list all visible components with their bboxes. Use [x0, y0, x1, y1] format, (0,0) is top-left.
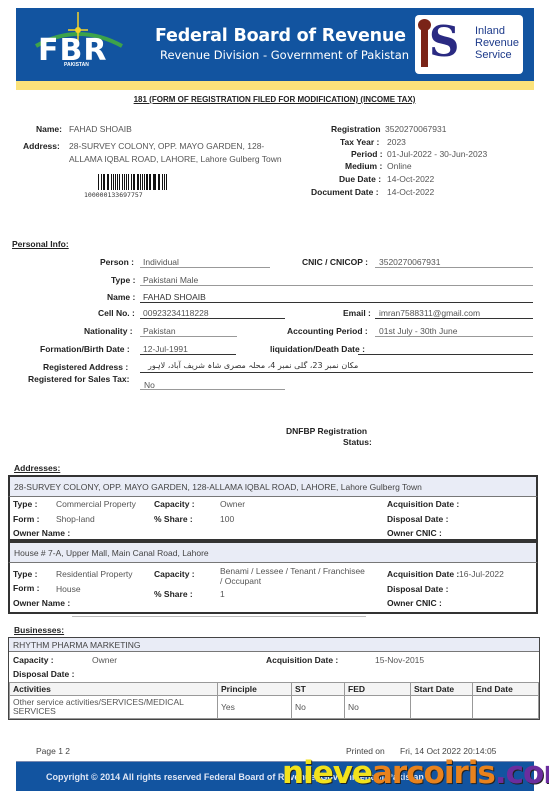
registered-address-value: مکان نمبر 23، گلی نمبر 4، محلہ مصری شاہ … — [148, 361, 358, 370]
type-value: Pakistani Male — [143, 275, 198, 285]
sales-tax-label: Registered for Sales Tax: — [28, 374, 129, 384]
business-disposal-label: Disposal Date : — [13, 669, 74, 679]
summary-address-label: Address: — [23, 141, 60, 151]
tax-year-label: Tax Year : — [340, 137, 379, 147]
addresses-title: Addresses: — [14, 463, 60, 473]
table-header: Principle — [218, 683, 292, 696]
irs-s-icon: S — [429, 21, 459, 63]
table-row: Other service activities/SERVICES/MEDICA… — [10, 696, 539, 719]
period-value: 01-Jul-2022 - 30-Jun-2023 — [387, 149, 487, 159]
registration-label: Registration — [331, 124, 381, 134]
barcode — [98, 174, 168, 190]
address-header-1: 28-SURVEY COLONY, OPP. MAYO GARDEN, 128-… — [8, 475, 538, 497]
accounting-period-label: Accounting Period : — [287, 326, 368, 336]
business-box: RHYTHM PHARMA MARKETING Capacity : Owner… — [8, 637, 540, 720]
cnic-label: CNIC / CNICOP : — [302, 257, 368, 267]
cell-value: 00923234118228 — [143, 308, 209, 318]
due-date-value: 14-Oct-2022 — [387, 174, 434, 184]
irs-pillar-icon — [421, 29, 428, 67]
accounting-period-value: 01st July - 30th June — [379, 326, 457, 336]
header-strip — [16, 81, 534, 90]
name-label: Name : — [107, 292, 135, 302]
summary-name: FAHAD SHOAIB — [69, 124, 132, 134]
table-header: Start Date — [411, 683, 473, 696]
summary-name-label: Name: — [36, 124, 62, 134]
nationality-label: Nationality : — [84, 326, 133, 336]
death-date-label: liquidation/Death Date : — [270, 344, 365, 354]
address-header-2: House # 7-A, Upper Mall, Main Canal Road… — [8, 541, 538, 563]
registered-address-label: Registered Address : — [43, 362, 128, 372]
business-acquisition-label: Acquisition Date : — [266, 655, 338, 665]
person-label: Person : — [100, 257, 134, 267]
barcode-number: 100000133697757 — [84, 191, 143, 199]
divider — [72, 616, 366, 617]
person-value: Individual — [143, 257, 179, 267]
email-label: Email : — [343, 308, 371, 318]
address-details-1: Type : Commercial Property Capacity : Ow… — [8, 497, 538, 541]
document-date-label: Document Date : — [311, 187, 379, 197]
birth-date-label: Formation/Birth Date : — [40, 344, 130, 354]
dnfbp-label: DNFBP Registration — [286, 426, 367, 436]
header-title: Federal Board of Revenue — [155, 26, 406, 46]
period-label: Period : — [351, 149, 383, 159]
personal-info-title: Personal Info: — [12, 239, 69, 249]
business-capacity-label: Capacity : — [13, 655, 54, 665]
irs-logo-text: Inland Revenue Service — [475, 25, 519, 61]
document-date-value: 14-Oct-2022 — [387, 187, 434, 197]
due-date-label: Due Date : — [339, 174, 381, 184]
watermark: nievearcoiris.com — [282, 755, 549, 791]
type-label: Type : — [111, 275, 135, 285]
table-header: ST — [292, 683, 345, 696]
summary-address-line1: 28-SURVEY COLONY, OPP. MAYO GARDEN, 128- — [69, 141, 264, 151]
nationality-value: Pakistan — [143, 326, 176, 336]
table-header: End Date — [473, 683, 539, 696]
summary-address-line2: ALLAMA IQBAL ROAD, LAHORE, Lahore Gulber… — [69, 154, 282, 164]
table-header: FED — [345, 683, 411, 696]
address-details-2: Type : Residential Property Capacity : B… — [8, 563, 538, 614]
email-value: imran7588311@gmail.com — [379, 308, 480, 318]
page-number: Page 1 2 — [36, 746, 70, 756]
sales-tax-value: No — [144, 380, 155, 390]
medium-label: Medium : — [345, 161, 382, 171]
business-name: RHYTHM PHARMA MARKETING — [9, 638, 539, 652]
irs-logo: S Inland Revenue Service — [415, 15, 523, 74]
form-title: 181 (FORM OF REGISTRATION FILED FOR MODI… — [0, 95, 549, 104]
cell-label: Cell No. : — [98, 308, 135, 318]
fbr-logo-subtext: PAKISTAN — [64, 62, 89, 68]
table-header: Activities — [10, 683, 218, 696]
dnfbp-status-label: Status: — [343, 437, 372, 447]
business-acquisition: 15-Nov-2015 — [375, 655, 424, 665]
activities-table: ActivitiesPrincipleSTFEDStart DateEnd Da… — [9, 682, 539, 719]
medium-value: Online — [387, 161, 412, 171]
business-capacity: Owner — [92, 655, 117, 665]
header-subtitle: Revenue Division - Government of Pakista… — [160, 48, 409, 62]
cnic-value: 3520270067931 — [379, 257, 440, 267]
name-value: FAHAD SHOAIB — [143, 292, 206, 302]
registration-value: 3520270067931 — [385, 124, 446, 134]
businesses-title: Businesses: — [14, 625, 64, 635]
tax-year-value: 2023 — [387, 137, 406, 147]
birth-date-value: 12-Jul-1991 — [143, 344, 188, 354]
